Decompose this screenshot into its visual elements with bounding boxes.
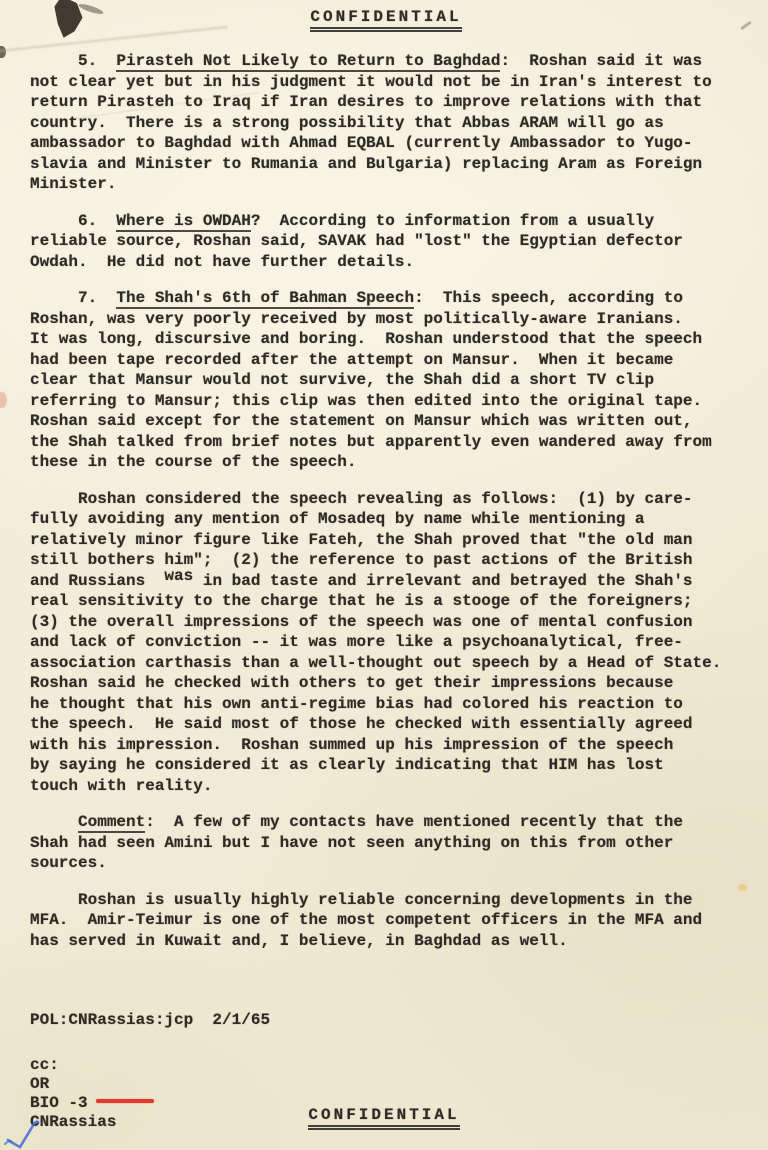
cc-item-or: OR [30, 1075, 742, 1094]
text-segment: the speech. He said most of those he che… [30, 715, 693, 733]
text-segment: the Shah talked from brief notes but app… [30, 433, 712, 451]
underlined-heading: Comment [78, 813, 145, 833]
text-segment: Shah had seen Amini but I have not seen … [30, 834, 673, 852]
typed-insertion: was [164, 566, 193, 587]
text-line: Comment: A few of my contacts have menti… [30, 812, 742, 833]
text-segment: relatively minor figure like Fateh, the … [30, 531, 693, 549]
underlined-heading: Pirasteh Not Likely to Return to Baghdad [116, 52, 500, 72]
text-segment: (3) the overall impressions of the speec… [30, 613, 693, 631]
text-segment: with his impression. Roshan summed up hi… [30, 736, 673, 754]
para-source-reliability: Roshan is usually highly reliable concer… [30, 890, 742, 952]
text-line: not clear yet but in his judgment it wou… [30, 72, 742, 93]
text-line: clear that Mansur would not survive, the… [30, 370, 742, 391]
text-line: touch with reality. [30, 776, 742, 797]
text-segment: It was long, discursive and boring. Rosh… [30, 330, 702, 348]
text-line: Shah had seen Amini but I have not seen … [30, 833, 742, 854]
text-line: ambassador to Baghdad with Ahmad EQBAL (… [30, 133, 742, 154]
text-line: slavia and Minister to Rumania and Bulga… [30, 154, 742, 175]
text-line: and Russians was in bad taste and irrele… [30, 571, 742, 592]
header-row: CONFIDENTIAL [30, 8, 742, 29]
para-comment: Comment: A few of my contacts have menti… [30, 812, 742, 874]
text-segment: touch with reality. [30, 777, 212, 795]
text-segment: Minister. [30, 175, 116, 193]
text-line: return Pirasteh to Iraq if Iran desires … [30, 92, 742, 113]
text-segment: by saying he considered it as clearly in… [30, 756, 664, 774]
blue-pen-checkmark [4, 1118, 84, 1150]
text-line: Minister. [30, 174, 742, 195]
text-line: these in the course of the speech. [30, 452, 742, 473]
text-line: MFA. Amir-Teimur is one of the most comp… [30, 910, 742, 931]
text-line: with his impression. Roshan summed up hi… [30, 735, 742, 756]
text-segment: ambassador to Baghdad with Ahmad EQBAL (… [30, 134, 693, 152]
cc-label: cc: [30, 1056, 742, 1075]
text-segment: not clear yet but in his judgment it wou… [30, 73, 712, 91]
text-segment: and Russians [30, 572, 164, 590]
text-segment: fully avoiding any mention of Mosadeq by… [30, 510, 645, 528]
para-8-speech-analysis: Roshan considered the speech revealing a… [30, 489, 742, 797]
text-segment: referring to Mansur; this clip was then … [30, 392, 702, 410]
drafter-line: POL:CNRassias:jcp 2/1/65 [30, 1010, 742, 1031]
text-line: and lack of conviction -- it was more li… [30, 632, 742, 653]
text-line: reliable source, Roshan said, SAVAK had … [30, 231, 742, 252]
text-segment: and lack of conviction -- it was more li… [30, 633, 683, 651]
text-line: relatively minor figure like Fateh, the … [30, 530, 742, 551]
text-line: 6. Where is OWDAH? According to informat… [30, 211, 742, 232]
text-segment [30, 813, 78, 831]
classification-stamp-bottom: CONFIDENTIAL [308, 1106, 459, 1127]
text-line: has served in Kuwait and, I believe, in … [30, 931, 742, 952]
text-line: It was long, discursive and boring. Rosh… [30, 329, 742, 350]
underlined-heading: Where is OWDAH [116, 212, 250, 232]
text-segment: association carthasis than a well-though… [30, 654, 721, 672]
footer-classification-row: CONFIDENTIAL [0, 1106, 768, 1127]
text-line: by saying he considered it as clearly in… [30, 755, 742, 776]
text-segment: ? According to information from a usuall… [251, 212, 654, 230]
para-5-pirasteh: 5. Pirasteh Not Likely to Return to Bagh… [30, 51, 742, 195]
document-body: 5. Pirasteh Not Likely to Return to Bagh… [30, 51, 742, 951]
text-line: Owdah. He did not have further details. [30, 252, 742, 273]
text-segment: Roshan considered the speech revealing a… [30, 490, 693, 508]
text-segment: : A few of my contacts have mentioned re… [145, 813, 683, 831]
text-line: had been tape recorded after the attempt… [30, 350, 742, 371]
text-segment: Roshan said he checked with others to ge… [30, 674, 673, 692]
text-segment: he thought that his own anti-regime bias… [30, 695, 683, 713]
text-segment: slavia and Minister to Rumania and Bulga… [30, 155, 702, 173]
text-segment: Roshan, was very poorly received by most… [30, 310, 683, 328]
text-line: he thought that his own anti-regime bias… [30, 694, 742, 715]
text-line: Roshan is usually highly reliable concer… [30, 890, 742, 911]
text-segment: Roshan said except for the statement on … [30, 412, 693, 430]
text-line: 7. The Shah's 6th of Bahman Speech: This… [30, 288, 742, 309]
text-line: sources. [30, 853, 742, 874]
text-segment: Owdah. He did not have further details. [30, 253, 414, 271]
text-segment: sources. [30, 854, 107, 872]
red-smudge-artifact [0, 392, 7, 408]
text-segment: in bad taste and irrelevant and betrayed… [193, 572, 692, 590]
text-line: association carthasis than a well-though… [30, 653, 742, 674]
text-segment: reliable source, Roshan said, SAVAK had … [30, 232, 683, 250]
text-segment: country. There is a strong possibility t… [30, 114, 664, 132]
scanned-document-page: CONFIDENTIAL 5. Pirasteh Not Likely to R… [0, 0, 768, 1150]
text-line: country. There is a strong possibility t… [30, 113, 742, 134]
text-line: Roshan said except for the statement on … [30, 411, 742, 432]
text-line: Roshan, was very poorly received by most… [30, 309, 742, 330]
text-line: Roshan said he checked with others to ge… [30, 673, 742, 694]
text-segment: : This speech, according to [414, 289, 683, 307]
text-segment: still bothers him"; (2) the reference to… [30, 551, 693, 569]
text-segment: had been tape recorded after the attempt… [30, 351, 673, 369]
text-segment: : Roshan said it was [500, 52, 702, 70]
text-segment: Roshan is usually highly reliable concer… [30, 891, 693, 909]
para-7-bahman-speech: 7. The Shah's 6th of Bahman Speech: This… [30, 288, 742, 473]
underlined-heading: The Shah's 6th of Bahman Speech [116, 289, 414, 309]
text-line: fully avoiding any mention of Mosadeq by… [30, 509, 742, 530]
text-segment: 6. [30, 212, 116, 230]
para-6-owdah: 6. Where is OWDAH? According to informat… [30, 211, 742, 273]
typed-content: CONFIDENTIAL 5. Pirasteh Not Likely to R… [30, 8, 742, 1132]
text-line: real sensitivity to the charge that he i… [30, 591, 742, 612]
text-segment: return Pirasteh to Iraq if Iran desires … [30, 93, 702, 111]
text-line: the speech. He said most of those he che… [30, 714, 742, 735]
red-pen-line [96, 1099, 154, 1103]
text-segment: has served in Kuwait and, I believe, in … [30, 932, 568, 950]
text-segment: MFA. Amir-Teimur is one of the most comp… [30, 911, 702, 929]
text-line: referring to Mansur; this clip was then … [30, 391, 742, 412]
text-segment: real sensitivity to the charge that he i… [30, 592, 693, 610]
text-line: Roshan considered the speech revealing a… [30, 489, 742, 510]
text-line: the Shah talked from brief notes but app… [30, 432, 742, 453]
text-line: (3) the overall impressions of the speec… [30, 612, 742, 633]
text-line: 5. Pirasteh Not Likely to Return to Bagh… [30, 51, 742, 72]
text-segment: 7. [30, 289, 116, 307]
text-segment: 5. [30, 52, 116, 70]
classification-stamp-top: CONFIDENTIAL [310, 8, 461, 29]
text-segment: clear that Mansur would not survive, the… [30, 371, 654, 389]
text-line: still bothers him"; (2) the reference to… [30, 550, 742, 571]
text-segment: these in the course of the speech. [30, 453, 356, 471]
